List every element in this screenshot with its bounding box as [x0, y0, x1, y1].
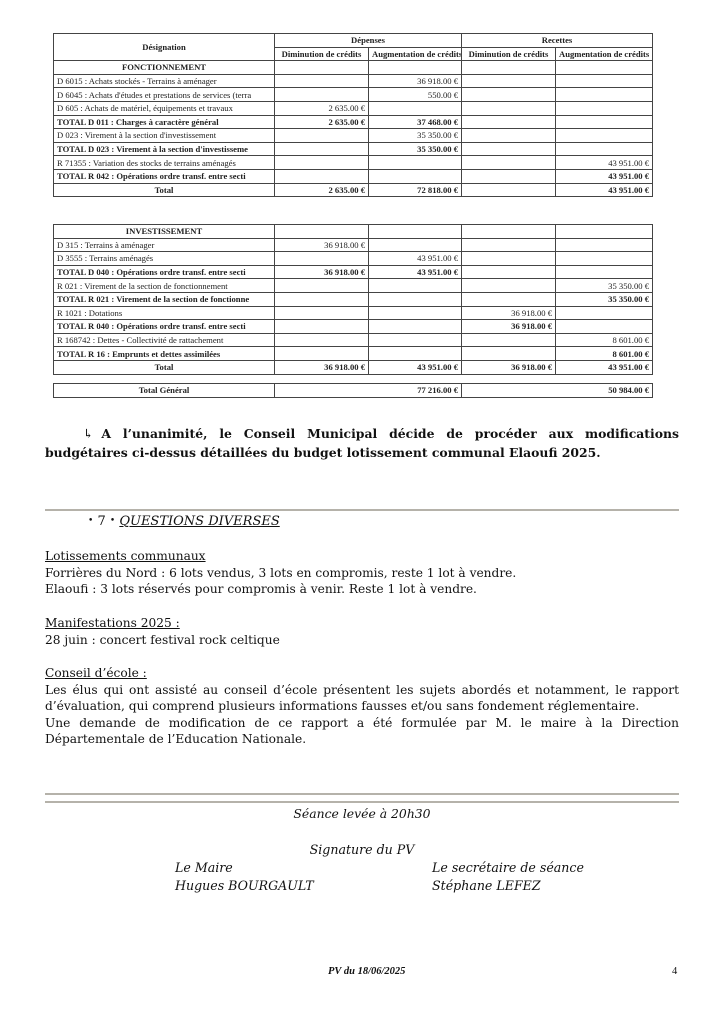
header-dep-diminution: Diminution de crédits — [275, 47, 369, 61]
cell-dep-dim — [275, 142, 369, 156]
cell-dep-aug: 43 951.00 € — [369, 265, 462, 279]
cell-dep-aug — [369, 292, 462, 306]
cell-dep-dim — [275, 320, 369, 334]
cell-rec-aug — [556, 129, 653, 143]
budget-table-fonctionnement: Désignation Dépenses Recettes Diminution… — [53, 33, 653, 197]
cell-dep-aug: 43 951.00 € — [369, 252, 462, 266]
row-label: D 6015 : Achats stockés - Terrains à amé… — [54, 74, 275, 88]
cell-rec-aug: 35 350.00 € — [556, 279, 653, 293]
cell-rec-dim — [462, 115, 556, 129]
header-designation: Désignation — [54, 34, 275, 61]
total-general-recettes: 50 984.00 € — [462, 384, 653, 398]
table-row: D 6015 : Achats stockés - Terrains à amé… — [54, 74, 653, 88]
cell-rec-dim — [462, 129, 556, 143]
cell-rec-dim: 36 918.00 € — [462, 306, 556, 320]
decision-text: A l’unanimité, le Conseil Municipal déci… — [45, 426, 679, 460]
cell-rec-aug: 8 601.00 € — [556, 333, 653, 347]
cell-rec-aug — [556, 74, 653, 88]
row-label: TOTAL R 042 : Opérations ordre transf. e… — [54, 169, 275, 183]
table-row: D 315 : Terrains à aménager36 918.00 € — [54, 238, 653, 252]
cell-rec-aug: 35 350.00 € — [556, 292, 653, 306]
total-dep-aug: 72 818.00 € — [369, 183, 462, 197]
row-label: TOTAL R 16 : Emprunts et dettes assimilé… — [54, 347, 275, 361]
row-label: TOTAL R 021 : Virement de la section de … — [54, 292, 275, 306]
cell-dep-dim: 36 918.00 € — [275, 238, 369, 252]
cell-dep-aug: 35 350.00 € — [369, 142, 462, 156]
total-dep-aug: 43 951.00 € — [369, 360, 462, 374]
cell-rec-dim — [462, 252, 556, 266]
mayor-role: Le Maire — [175, 859, 314, 877]
row-label: TOTAL R 040 : Opérations ordre transf. e… — [54, 320, 275, 334]
budget-table-total-general: Total Général 77 216.00 € 50 984.00 € — [53, 383, 653, 398]
manifestations-block: Manifestations 2025 : 28 juin : concert … — [45, 615, 679, 648]
row-label: D 605 : Achats de matériel, équipements … — [54, 101, 275, 115]
budget-table-investissement: INVESTISSEMENT D 315 : Terrains à aménag… — [53, 224, 653, 375]
cell-dep-aug — [369, 333, 462, 347]
signature-secretary: Le secrétaire de séance Stéphane LEFEZ — [432, 859, 584, 894]
row-label: D 3555 : Terrains aménagés — [54, 252, 275, 266]
cell-rec-aug — [556, 142, 653, 156]
footer-title: PV du 18/06/2025 — [328, 966, 405, 977]
section-title: INVESTISSEMENT — [54, 225, 275, 239]
cell-rec-dim — [462, 74, 556, 88]
lotissements-block: Lotissements communaux Forrières du Nord… — [45, 548, 679, 598]
row-label: R 1021 : Dotations — [54, 306, 275, 320]
table-row: D 605 : Achats de matériel, équipements … — [54, 101, 653, 115]
cell-dep-aug — [369, 238, 462, 252]
header-recettes: Recettes — [462, 34, 653, 48]
manifestations-heading: Manifestations 2025 : — [45, 615, 679, 632]
cell-rec-aug — [556, 115, 653, 129]
row-label: TOTAL D 011 : Charges à caractère généra… — [54, 115, 275, 129]
secretary-name: Stéphane LEFEZ — [432, 877, 584, 895]
lotissements-line: Elaoufi : 3 lots réservés pour compromis… — [45, 581, 679, 598]
mayor-name: Hugues BOURGAULT — [175, 877, 314, 895]
cell-rec-aug — [556, 101, 653, 115]
seance-closing: Séance levée à 20h30 — [0, 806, 724, 821]
row-label: D 6045 : Achats d'études et prestations … — [54, 88, 275, 102]
table-row: TOTAL D 011 : Charges à caractère généra… — [54, 115, 653, 129]
decision-paragraph: ↳A l’unanimité, le Conseil Municipal déc… — [45, 424, 679, 462]
secretary-role: Le secrétaire de séance — [432, 859, 584, 877]
total-row: Total36 918.00 €43 951.00 €36 918.00 €43… — [54, 360, 653, 374]
cell-dep-dim: 2 635.00 € — [275, 115, 369, 129]
page-number: 4 — [672, 966, 677, 977]
cell-rec-aug: 43 951.00 € — [556, 169, 653, 183]
lotissements-line: Forrières du Nord : 6 lots vendus, 3 lot… — [45, 565, 679, 582]
cell-dep-dim: 36 918.00 € — [275, 265, 369, 279]
table-row: TOTAL D 040 : Opérations ordre transf. e… — [54, 265, 653, 279]
signature-mayor: Le Maire Hugues BOURGAULT — [175, 859, 314, 894]
bullet-icon: • — [88, 516, 93, 526]
cell-dep-aug: 35 350.00 € — [369, 129, 462, 143]
cell-rec-dim — [462, 238, 556, 252]
cell-rec-aug: 8 601.00 € — [556, 347, 653, 361]
total-row: Total2 635.00 €72 818.00 €43 951.00 € — [54, 183, 653, 197]
cell-dep-dim — [275, 156, 369, 170]
cell-dep-aug — [369, 347, 462, 361]
cell-dep-dim: 2 635.00 € — [275, 101, 369, 115]
cell-dep-aug — [369, 320, 462, 334]
total-label: Total — [54, 360, 275, 374]
cell-rec-dim — [462, 347, 556, 361]
cell-rec-dim — [462, 292, 556, 306]
cell-rec-dim — [462, 156, 556, 170]
total-general-label: Total Général — [54, 384, 275, 398]
section-header-row: INVESTISSEMENT — [54, 225, 653, 239]
cell-dep-aug — [369, 101, 462, 115]
table-row: R 71355 : Variation des stocks de terrai… — [54, 156, 653, 170]
table-row: D 6045 : Achats d'études et prestations … — [54, 88, 653, 102]
cell-rec-dim — [462, 101, 556, 115]
cell-dep-aug — [369, 156, 462, 170]
header-rec-diminution: Diminution de crédits — [462, 47, 556, 61]
lotissements-heading: Lotissements communaux — [45, 548, 679, 565]
cell-dep-dim — [275, 279, 369, 293]
section-title: QUESTIONS DIVERSES — [119, 514, 279, 529]
row-label: R 71355 : Variation des stocks de terrai… — [54, 156, 275, 170]
header-dep-augmentation: Augmentation de crédits — [369, 47, 462, 61]
header-depenses: Dépenses — [275, 34, 462, 48]
cell-dep-dim — [275, 333, 369, 347]
total-label: Total — [54, 183, 275, 197]
manifestations-line: 28 juin : concert festival rock celtique — [45, 632, 679, 649]
cell-rec-dim — [462, 333, 556, 347]
signature-title: Signature du PV — [0, 842, 724, 857]
cell-rec-dim — [462, 265, 556, 279]
cell-rec-dim — [462, 279, 556, 293]
cell-dep-aug: 36 918.00 € — [369, 74, 462, 88]
total-rec-aug: 43 951.00 € — [556, 360, 653, 374]
cell-rec-aug — [556, 320, 653, 334]
cell-rec-aug — [556, 306, 653, 320]
cell-dep-dim — [275, 347, 369, 361]
cell-rec-aug — [556, 88, 653, 102]
cell-dep-aug: 550.00 € — [369, 88, 462, 102]
section-header-row: FONCTIONNEMENT — [54, 61, 653, 75]
total-rec-dim — [462, 183, 556, 197]
table-row: TOTAL R 16 : Emprunts et dettes assimilé… — [54, 347, 653, 361]
divider — [45, 509, 679, 511]
table-row: D 3555 : Terrains aménagés43 951.00 € — [54, 252, 653, 266]
row-label: R 168742 : Dettes - Collectivité de ratt… — [54, 333, 275, 347]
conseil-ecole-heading: Conseil d’école : — [45, 665, 679, 682]
total-rec-aug: 43 951.00 € — [556, 183, 653, 197]
cell-dep-aug: 37 468.00 € — [369, 115, 462, 129]
row-label: D 023 : Virement à la section d'investis… — [54, 129, 275, 143]
cell-rec-aug: 43 951.00 € — [556, 156, 653, 170]
row-label: R 021 : Virement de la section de foncti… — [54, 279, 275, 293]
table-row: R 168742 : Dettes - Collectivité de ratt… — [54, 333, 653, 347]
table-row: R 1021 : Dotations36 918.00 € — [54, 306, 653, 320]
row-label: TOTAL D 023 : Virement à la section d'in… — [54, 142, 275, 156]
total-rec-dim: 36 918.00 € — [462, 360, 556, 374]
conseil-ecole-block: Conseil d’école : Les élus qui ont assis… — [45, 665, 679, 748]
section-title: FONCTIONNEMENT — [54, 61, 275, 75]
conseil-ecole-paragraph: Une demande de modification de ce rappor… — [45, 715, 679, 748]
cell-dep-dim — [275, 129, 369, 143]
cell-dep-dim — [275, 292, 369, 306]
divider — [45, 801, 679, 803]
table-row: R 021 : Virement de la section de foncti… — [54, 279, 653, 293]
cell-rec-aug — [556, 252, 653, 266]
total-dep-dim: 2 635.00 € — [275, 183, 369, 197]
document-page: Désignation Dépenses Recettes Diminution… — [0, 0, 724, 1024]
bullet-icon: • — [110, 516, 115, 526]
cell-rec-dim — [462, 88, 556, 102]
cell-dep-aug — [369, 169, 462, 183]
cell-rec-dim: 36 918.00 € — [462, 320, 556, 334]
table-row: TOTAL R 021 : Virement de la section de … — [54, 292, 653, 306]
cell-dep-dim — [275, 88, 369, 102]
table-row: TOTAL R 042 : Opérations ordre transf. e… — [54, 169, 653, 183]
total-general-depenses: 77 216.00 € — [275, 384, 462, 398]
table-row: TOTAL R 040 : Opérations ordre transf. e… — [54, 320, 653, 334]
total-general-row: Total Général 77 216.00 € 50 984.00 € — [54, 384, 653, 398]
total-dep-dim: 36 918.00 € — [275, 360, 369, 374]
arrow-icon: ↳ — [83, 424, 93, 443]
cell-rec-dim — [462, 169, 556, 183]
row-label: TOTAL D 040 : Opérations ordre transf. e… — [54, 265, 275, 279]
row-label: D 315 : Terrains à aménager — [54, 238, 275, 252]
section-number: 7 — [97, 514, 105, 529]
cell-rec-dim — [462, 142, 556, 156]
cell-dep-aug — [369, 306, 462, 320]
conseil-ecole-paragraph: Les élus qui ont assisté au conseil d’éc… — [45, 682, 679, 715]
header-rec-augmentation: Augmentation de crédits — [556, 47, 653, 61]
table-row: TOTAL D 023 : Virement à la section d'in… — [54, 142, 653, 156]
cell-rec-aug — [556, 238, 653, 252]
cell-dep-dim — [275, 169, 369, 183]
cell-dep-dim — [275, 74, 369, 88]
cell-dep-aug — [369, 279, 462, 293]
cell-dep-dim — [275, 306, 369, 320]
section-heading: • 7 • QUESTIONS DIVERSES — [88, 514, 280, 529]
divider — [45, 793, 679, 795]
table-row: D 023 : Virement à la section d'investis… — [54, 129, 653, 143]
cell-dep-dim — [275, 252, 369, 266]
cell-rec-aug — [556, 265, 653, 279]
